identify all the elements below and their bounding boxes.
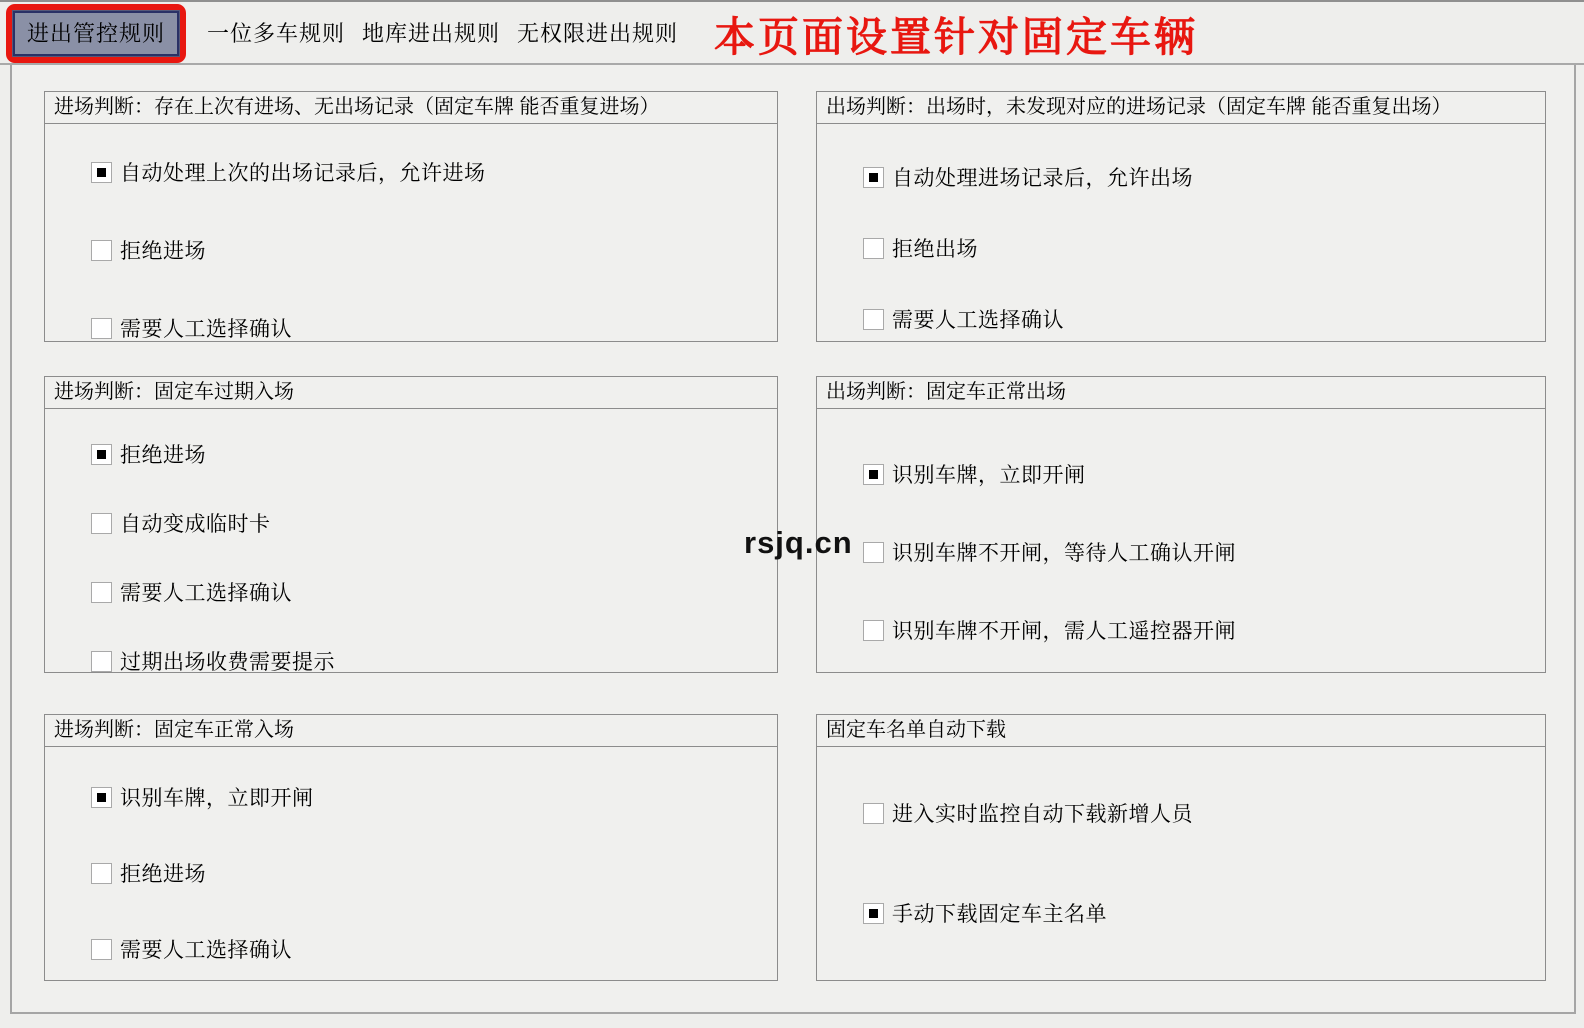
checkbox-unchecked-icon[interactable] <box>91 863 112 884</box>
checkbox-label: 拒绝出场 <box>892 233 978 263</box>
checkbox-label: 拒绝进场 <box>120 439 206 469</box>
group-box-g3: 进场判断：固定车正常入场识别车牌，立即开闸拒绝进场需要人工选择确认 <box>44 714 778 981</box>
red-highlight-ring: 进出管控规则 <box>6 4 186 63</box>
group-box-g4: 出场判断：出场时，未发现对应的进场记录（固定车牌 能否重复出场）自动处理进场记录… <box>816 91 1546 342</box>
tab-2[interactable]: 一位多车规则 <box>207 11 345 54</box>
tab-1[interactable]: 进出管控规则 <box>13 11 179 56</box>
parking-rules-settings-window: { "colors":{ "accent_red":"#e81710", "se… <box>0 0 1584 1028</box>
group-body: 进入实时监控自动下载新增人员手动下载固定车主名单 <box>817 747 1545 928</box>
group-body: 自动处理上次的出场记录后，允许进场拒绝进场需要人工选择确认 <box>45 124 777 343</box>
tab-3[interactable]: 地库进出规则 <box>362 11 500 54</box>
group-box-g2: 进场判断：固定车过期入场拒绝进场自动变成临时卡需要人工选择确认过期出场收费需要提… <box>44 376 778 673</box>
checkbox-checked-icon[interactable] <box>91 162 112 183</box>
checkbox-label: 自动处理上次的出场记录后，允许进场 <box>120 157 486 187</box>
checkbox-option[interactable]: 进入实时监控自动下载新增人员 <box>863 798 1545 828</box>
group-title: 进场判断：存在上次有进场、无出场记录（固定车牌 能否重复进场） <box>45 92 777 124</box>
group-box-g5: 出场判断：固定车正常出场识别车牌，立即开闸识别车牌不开闸，等待人工确认开闸识别车… <box>816 376 1546 673</box>
checkbox-unchecked-icon[interactable] <box>863 309 884 330</box>
checkbox-checked-icon[interactable] <box>863 167 884 188</box>
group-title: 进场判断：固定车过期入场 <box>45 377 777 409</box>
checkbox-option[interactable]: 过期出场收费需要提示 <box>91 646 777 676</box>
checkbox-label: 手动下载固定车主名单 <box>892 898 1107 928</box>
group-body: 自动处理进场记录后，允许出场拒绝出场需要人工选择确认 <box>817 124 1545 334</box>
checkbox-checked-icon[interactable] <box>863 903 884 924</box>
checkbox-option[interactable]: 需要人工选择确认 <box>91 313 777 343</box>
checkbox-option[interactable]: 识别车牌不开闸，需人工遥控器开闸 <box>863 615 1545 645</box>
checkbox-unchecked-icon[interactable] <box>91 513 112 534</box>
checkbox-label: 进入实时监控自动下载新增人员 <box>892 798 1193 828</box>
checkbox-label: 识别车牌，立即开闸 <box>120 782 314 812</box>
group-title: 出场判断：固定车正常出场 <box>817 377 1545 409</box>
checkbox-option[interactable]: 需要人工选择确认 <box>91 577 777 607</box>
checkbox-option[interactable]: 拒绝出场 <box>863 233 1545 263</box>
checkbox-label: 识别车牌不开闸，等待人工确认开闸 <box>892 537 1236 567</box>
group-body: 识别车牌，立即开闸识别车牌不开闸，等待人工确认开闸识别车牌不开闸，需人工遥控器开… <box>817 409 1545 645</box>
checkbox-option[interactable]: 需要人工选择确认 <box>863 304 1545 334</box>
tab-4[interactable]: 无权限进出规则 <box>517 11 678 54</box>
checkbox-option[interactable]: 拒绝进场 <box>91 439 777 469</box>
checkbox-label: 需要人工选择确认 <box>120 577 292 607</box>
checkbox-checked-icon[interactable] <box>863 464 884 485</box>
checkbox-label: 自动处理进场记录后，允许出场 <box>892 162 1193 192</box>
group-body: 拒绝进场自动变成临时卡需要人工选择确认过期出场收费需要提示 <box>45 409 777 676</box>
checkbox-option[interactable]: 拒绝进场 <box>91 858 777 888</box>
group-title: 出场判断：出场时，未发现对应的进场记录（固定车牌 能否重复出场） <box>817 92 1545 124</box>
checkbox-unchecked-icon[interactable] <box>863 620 884 641</box>
group-title: 固定车名单自动下载 <box>817 715 1545 747</box>
checkbox-unchecked-icon[interactable] <box>863 542 884 563</box>
checkbox-checked-icon[interactable] <box>91 444 112 465</box>
checkbox-label: 识别车牌，立即开闸 <box>892 459 1086 489</box>
checkbox-unchecked-icon[interactable] <box>91 582 112 603</box>
checkbox-option[interactable]: 自动处理上次的出场记录后，允许进场 <box>91 157 777 187</box>
checkbox-label: 拒绝进场 <box>120 235 206 265</box>
checkbox-option[interactable]: 手动下载固定车主名单 <box>863 898 1545 928</box>
checkbox-label: 需要人工选择确认 <box>120 313 292 343</box>
checkbox-label: 拒绝进场 <box>120 858 206 888</box>
checkbox-option[interactable]: 需要人工选择确认 <box>91 934 777 964</box>
checkbox-unchecked-icon[interactable] <box>91 240 112 261</box>
checkbox-option[interactable]: 识别车牌，立即开闸 <box>91 782 777 812</box>
checkbox-unchecked-icon[interactable] <box>91 318 112 339</box>
checkbox-checked-icon[interactable] <box>91 787 112 808</box>
checkbox-option[interactable]: 识别车牌不开闸，等待人工确认开闸 <box>863 537 1545 567</box>
checkbox-option[interactable]: 识别车牌，立即开闸 <box>863 459 1545 489</box>
watermark-text: rsjq.cn <box>744 525 853 561</box>
checkbox-unchecked-icon[interactable] <box>863 803 884 824</box>
checkbox-label: 需要人工选择确认 <box>120 934 292 964</box>
group-title: 进场判断：固定车正常入场 <box>45 715 777 747</box>
group-box-g6: 固定车名单自动下载进入实时监控自动下载新增人员手动下载固定车主名单 <box>816 714 1546 981</box>
page-annotation-text: 本页面设置针对固定车辆 <box>714 4 1198 63</box>
checkbox-label: 需要人工选择确认 <box>892 304 1064 334</box>
checkbox-option[interactable]: 拒绝进场 <box>91 235 777 265</box>
checkbox-label: 自动变成临时卡 <box>120 508 271 538</box>
checkbox-option[interactable]: 自动变成临时卡 <box>91 508 777 538</box>
checkbox-unchecked-icon[interactable] <box>863 238 884 259</box>
checkbox-option[interactable]: 自动处理进场记录后，允许出场 <box>863 162 1545 192</box>
group-box-g1: 进场判断：存在上次有进场、无出场记录（固定车牌 能否重复进场）自动处理上次的出场… <box>44 91 778 342</box>
checkbox-unchecked-icon[interactable] <box>91 651 112 672</box>
group-body: 识别车牌，立即开闸拒绝进场需要人工选择确认 <box>45 747 777 964</box>
checkbox-label: 识别车牌不开闸，需人工遥控器开闸 <box>892 615 1236 645</box>
checkbox-unchecked-icon[interactable] <box>91 939 112 960</box>
checkbox-label: 过期出场收费需要提示 <box>120 646 335 676</box>
